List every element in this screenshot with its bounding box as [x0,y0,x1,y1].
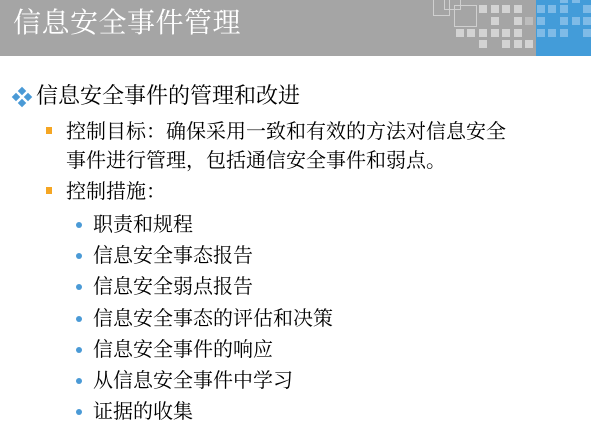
square-decoration [514,17,522,25]
square-decoration [514,5,522,13]
dot-bullet-icon [76,347,82,353]
outline-square-decoration [454,5,477,27]
objective-line-2: 事件进行管理，包括通信安全事件和弱点。 [66,146,446,174]
square-decoration [525,17,533,25]
square-decoration [525,40,533,48]
square-decoration [479,29,487,37]
measures-label: 控制措施： [66,177,166,205]
accent-panel [536,0,591,56]
objective-line-1: 控制目标：确保采用一致和有效的方法对信息安全 [66,117,506,145]
dot-bullet-icon [76,378,82,384]
measure-text: 信息安全事件的响应 [93,335,273,363]
square-decoration [491,29,499,37]
level1-item: 信息安全事件的管理和改进 [12,82,300,112]
square-decoration [502,40,510,48]
square-decoration [572,17,580,25]
square-decoration [537,5,545,13]
square-decoration [502,29,510,37]
dot-bullet-icon [76,409,82,415]
square-decoration [502,5,510,13]
square-decoration [548,5,556,13]
square-decoration [479,5,487,13]
square-decoration [514,29,522,37]
measure-text: 信息安全事态的评估和决策 [93,304,333,332]
measure-text: 职责和规程 [93,210,193,238]
square-bullet-icon [46,127,52,134]
measure-text: 证据的收集 [93,397,193,425]
square-decoration [572,0,580,3]
square-decoration [456,29,464,37]
square-decoration [560,0,568,3]
dot-bullet-icon [76,222,82,228]
measure-text: 从信息安全事件中学习 [93,366,293,394]
square-decoration [583,29,591,37]
square-decoration [491,17,499,25]
square-decoration [537,29,545,37]
slide-title: 信息安全事件管理 [13,5,241,41]
square-decoration [583,17,591,25]
dot-bullet-icon [76,253,82,259]
dot-bullet-icon [76,284,82,290]
square-decoration [467,29,475,37]
measure-text: 信息安全弱点报告 [93,272,253,300]
square-decoration [537,17,545,25]
square-decoration [514,40,522,48]
square-decoration [479,40,487,48]
square-decoration [560,17,568,25]
square-decoration [560,29,568,37]
dot-bullet-icon [76,316,82,322]
diamond-icon [12,87,32,107]
slide-header: 信息安全事件管理 [0,0,591,56]
square-decoration [560,5,568,13]
measure-text: 信息安全事态报告 [93,241,253,269]
square-decoration [548,29,556,37]
square-decoration [583,5,591,13]
square-bullet-icon [46,187,52,194]
section-heading: 信息安全事件的管理和改进 [36,82,300,112]
square-decoration [491,5,499,13]
